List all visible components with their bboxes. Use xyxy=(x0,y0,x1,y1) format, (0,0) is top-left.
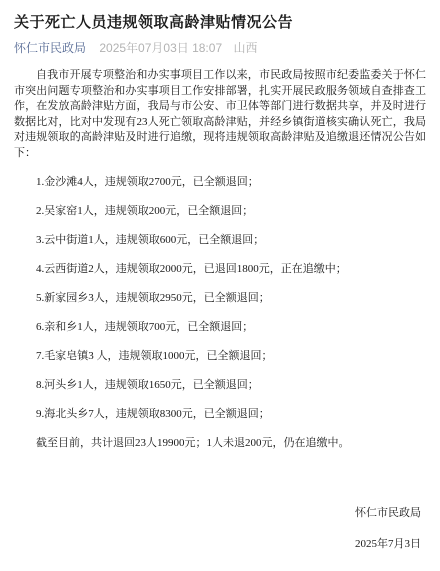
article-title: 关于死亡人员违规领取高龄津贴情况公告 xyxy=(14,12,426,33)
signature-org: 怀仁市民政局 xyxy=(14,506,421,521)
list-item-6: 6.亲和乡1人，违规领取700元，已全额退回； xyxy=(14,320,426,335)
list-item-3: 3.云中街道1人，违规领取600元，已全额退回； xyxy=(14,233,426,248)
article-body: 自我市开展专项整治和办实事项目工作以来，市民政局按照市纪委监委关于怀仁市突出问题… xyxy=(14,68,426,552)
list-item-1: 1.金沙滩4人，违规领取2700元，已全额退回； xyxy=(14,175,426,190)
list-item-2: 2.吴家窑1人，违规领取200元，已全额退回； xyxy=(14,204,426,219)
article-page: 关于死亡人员违规领取高龄津贴情况公告 怀仁市民政局 2025年07月03日 18… xyxy=(0,0,440,571)
publish-datetime: 2025年07月03日 18:07 xyxy=(99,41,222,55)
signature-block: 怀仁市民政局 2025年7月3日 xyxy=(14,506,426,552)
publish-location: 山西 xyxy=(233,41,257,55)
list-item-4: 4.云西街道2人，违规领取2000元，已退回1800元，正在追缴中； xyxy=(14,262,426,277)
summary-paragraph: 截至目前，共计退回23人19900元；1人未退200元，仍在追缴中。 xyxy=(14,436,426,451)
list-item-5: 5.新家园乡3人，违规领取2950元，已全额退回； xyxy=(14,291,426,306)
signature-date: 2025年7月3日 xyxy=(14,537,421,552)
publisher-link[interactable]: 怀仁市民政局 xyxy=(14,41,86,55)
list-item-9: 9.海北头乡7人，违规领取8300元，已全额退回； xyxy=(14,407,426,422)
article-meta: 怀仁市民政局 2025年07月03日 18:07 山西 xyxy=(14,41,426,56)
intro-paragraph: 自我市开展专项整治和办实事项目工作以来，市民政局按照市纪委监委关于怀仁市突出问题… xyxy=(14,68,426,161)
list-item-8: 8.河头乡1人，违规领取1650元，已全额退回； xyxy=(14,378,426,393)
list-item-7: 7.毛家皂镇3 人，违规领取1000元，已全额退回； xyxy=(14,349,426,364)
